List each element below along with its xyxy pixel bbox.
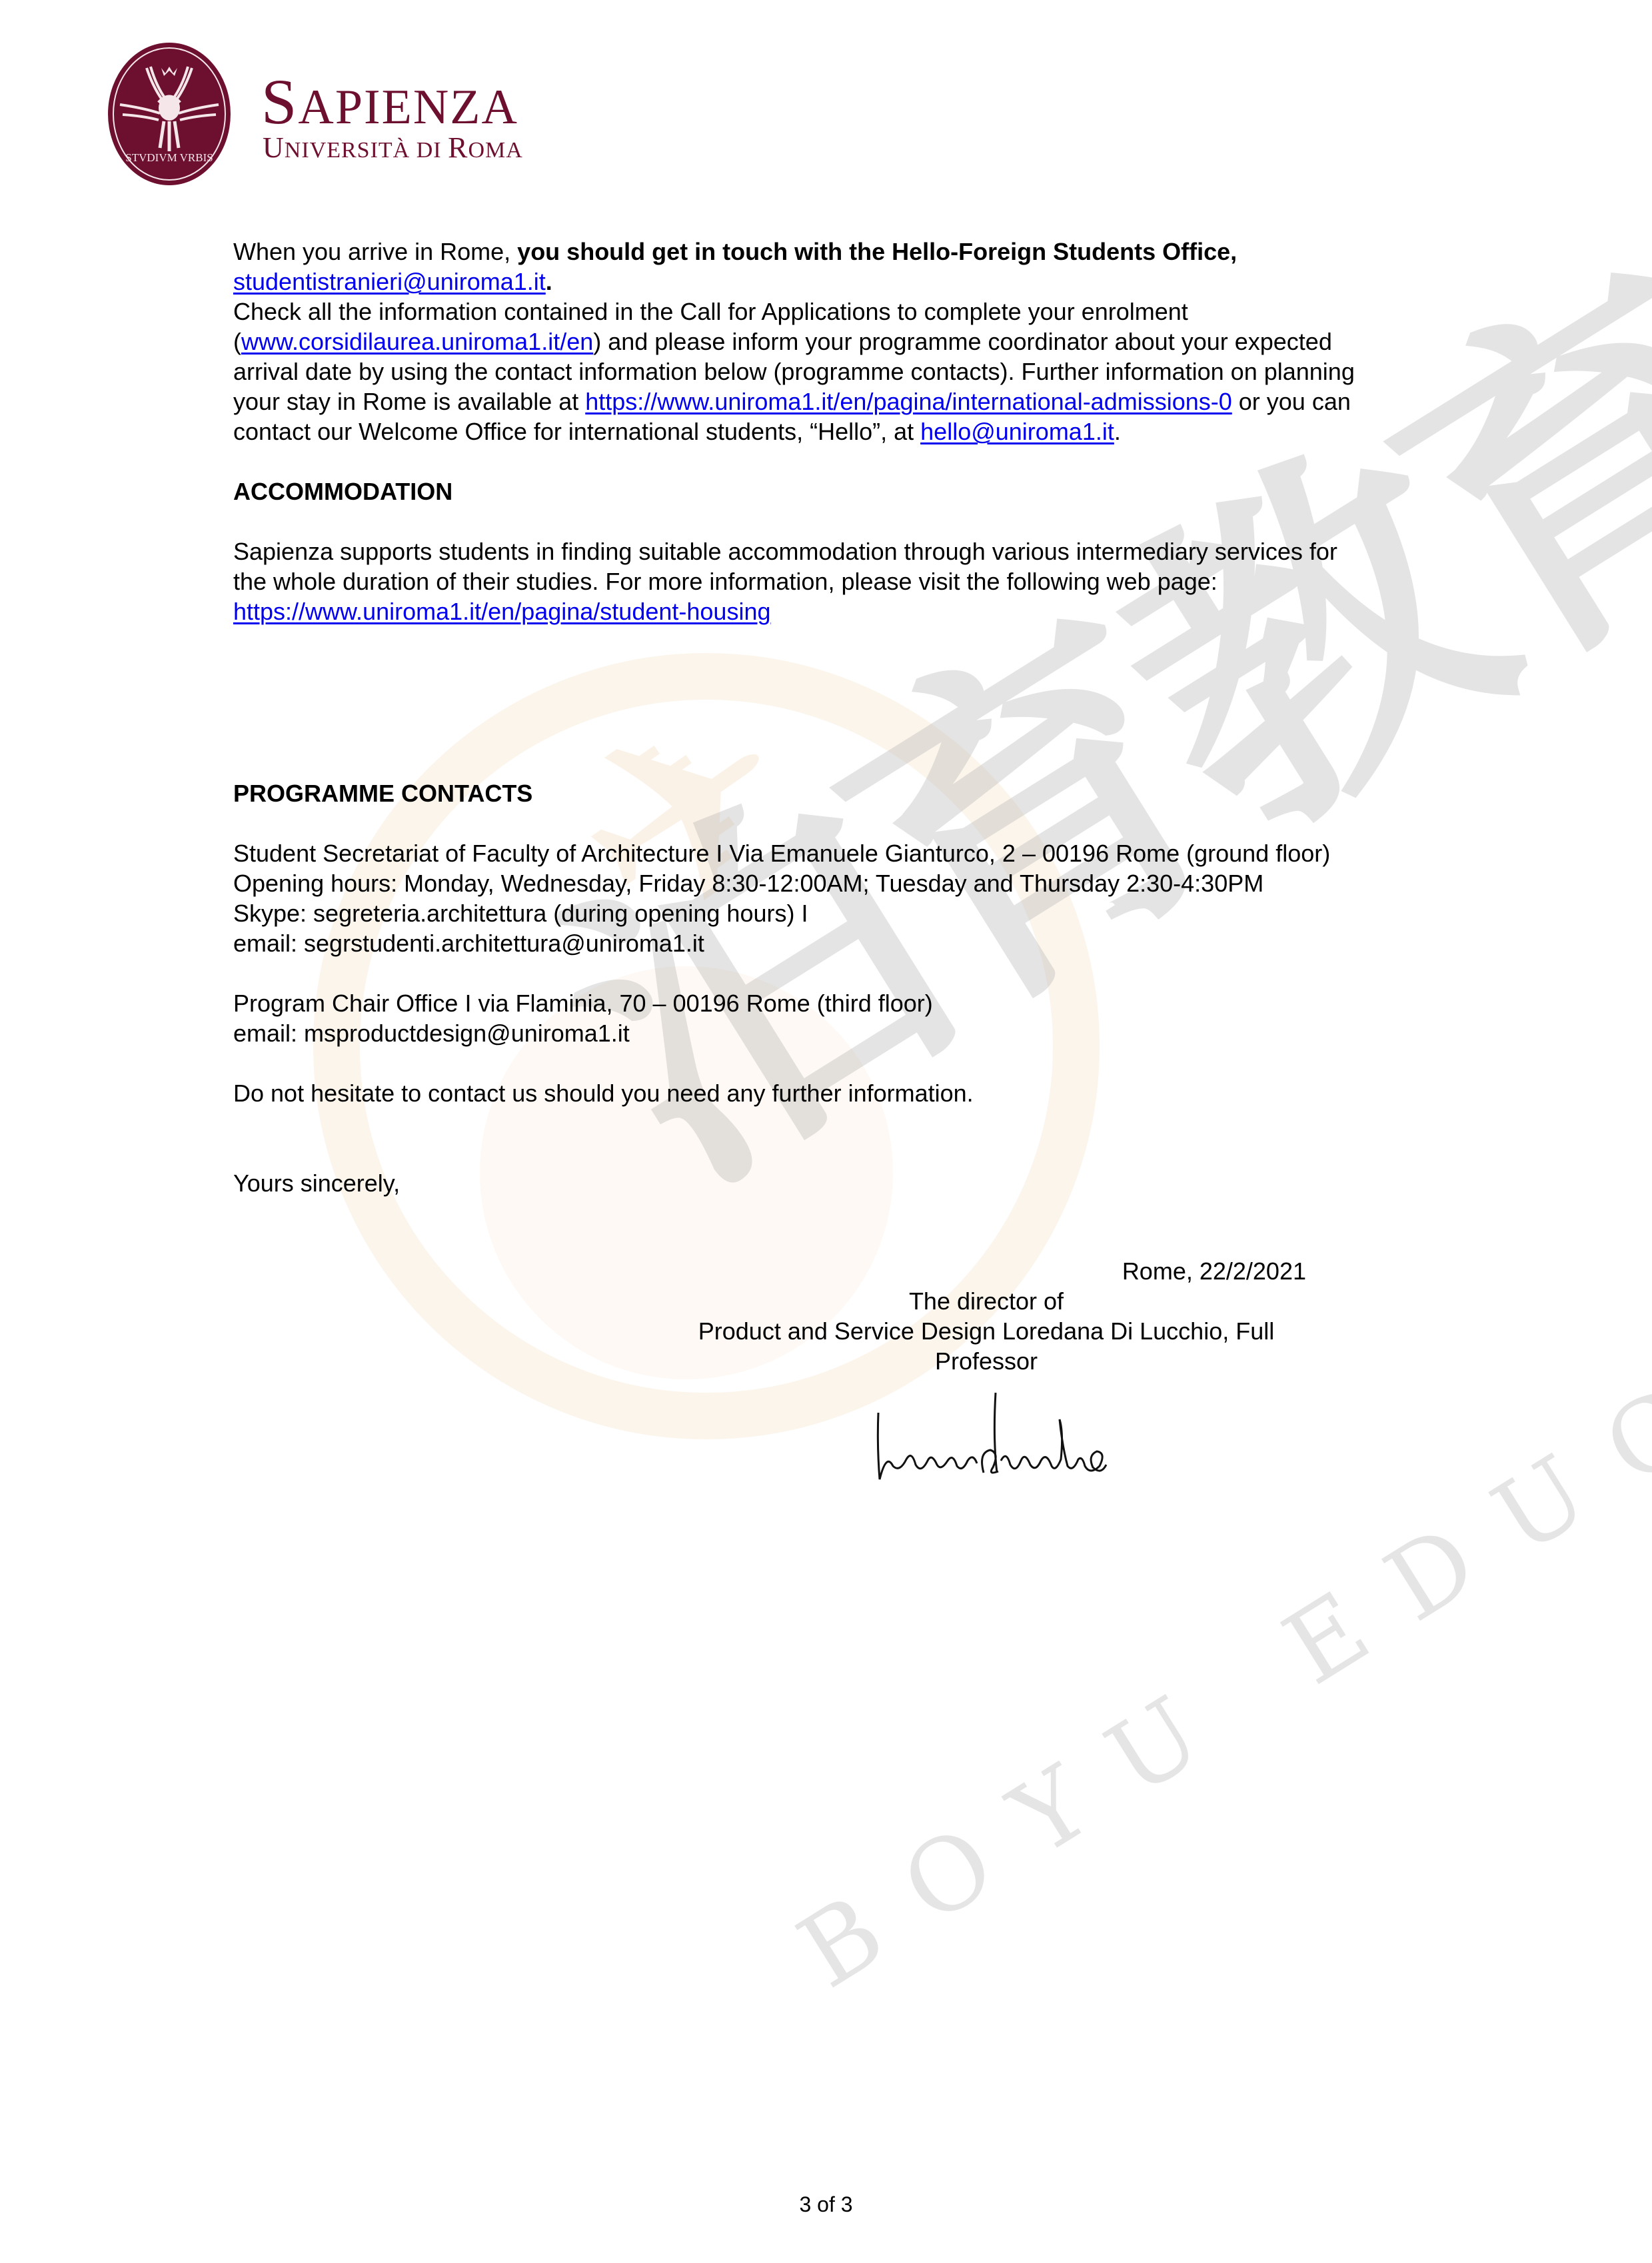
page-indicator: 3 of 3 (0, 2192, 1652, 2217)
secretariat-email: email: segrstudenti.architettura@uniroma… (233, 928, 704, 958)
arrival-line-4-text: ) and please inform your programme coord… (593, 328, 1332, 355)
chair-office-address: Program Chair Office I via Flaminia, 70 … (233, 988, 933, 1018)
courses-website-link[interactable]: www.corsidilaurea.uniroma1.it/en (241, 328, 593, 355)
closing-sentence: Do not hesitate to contact us should you… (233, 1078, 974, 1108)
arrival-line-3: Check all the information contained in t… (233, 297, 1188, 327)
director-title-line-2: Product and Service Design Loredana Di L… (666, 1316, 1306, 1346)
accommodation-line-1: Sapienza supports students in finding su… (233, 536, 1337, 566)
secretariat-address: Student Secretariat of Faculty of Archit… (233, 838, 1330, 868)
paren-open: ( (233, 328, 241, 355)
secretariat-skype: Skype: segreteria.architettura (during o… (233, 898, 808, 928)
accommodation-heading: ACCOMMODATION (233, 476, 452, 506)
director-title-line-3: Professor (666, 1346, 1306, 1376)
chair-office-email: email: msproductdesign@uniroma1.it (233, 1018, 630, 1048)
student-housing-link[interactable]: https://www.uniroma1.it/en/pagina/studen… (233, 598, 770, 625)
place-date: Rome, 22/2/2021 (1106, 1256, 1306, 1286)
punctuation: . (546, 268, 552, 295)
svg-text:STVDIVM VRBIS: STVDIVM VRBIS (125, 151, 213, 164)
arrival-line-6-text: your stay in Rome is available at (233, 388, 585, 415)
arrival-line-1: When you arrive in Rome, you should get … (233, 237, 1237, 267)
arrival-line-4: (www.corsidilaurea.uniroma1.it/en) and p… (233, 327, 1332, 357)
arrival-line-7-text: contact our Welcome Office for internati… (233, 418, 920, 445)
director-title-line-1: The director of (666, 1286, 1306, 1316)
secretariat-hours: Opening hours: Monday, Wednesday, Friday… (233, 868, 1263, 898)
salutation: Yours sincerely, (233, 1168, 400, 1198)
foreign-students-email-link[interactable]: studentistranieri@uniroma1.it (233, 268, 546, 295)
arrival-line-2: studentistranieri@uniroma1.it. (233, 267, 552, 297)
hello-email-link[interactable]: hello@uniroma1.it (920, 418, 1114, 445)
arrival-intro-text: When you arrive in Rome, (233, 238, 517, 265)
punctuation: . (1114, 418, 1121, 445)
arrival-emphasis-text: you should get in touch with the Hello-F… (517, 238, 1237, 265)
accommodation-line-3: https://www.uniroma1.it/en/pagina/studen… (233, 596, 770, 626)
international-admissions-link[interactable]: https://www.uniroma1.it/en/pagina/intern… (585, 388, 1232, 415)
accommodation-line-2: the whole duration of their studies. For… (233, 566, 1218, 596)
arrival-line-6: your stay in Rome is available at https:… (233, 386, 1351, 416)
director-signature (873, 1386, 1126, 1486)
arrival-line-5: arrival date by using the contact inform… (233, 357, 1355, 386)
sapienza-seal-icon: STVDIVM VRBIS (107, 41, 232, 187)
arrival-line-7: contact our Welcome Office for internati… (233, 416, 1121, 446)
brand-subtitle: UNIVERSITÀ DI ROMA (263, 133, 523, 163)
programme-contacts-heading: PROGRAMME CONTACTS (233, 778, 532, 808)
arrival-line-6-tail: or you can (1232, 388, 1351, 415)
brand-title: SAPIENZA (261, 70, 518, 134)
